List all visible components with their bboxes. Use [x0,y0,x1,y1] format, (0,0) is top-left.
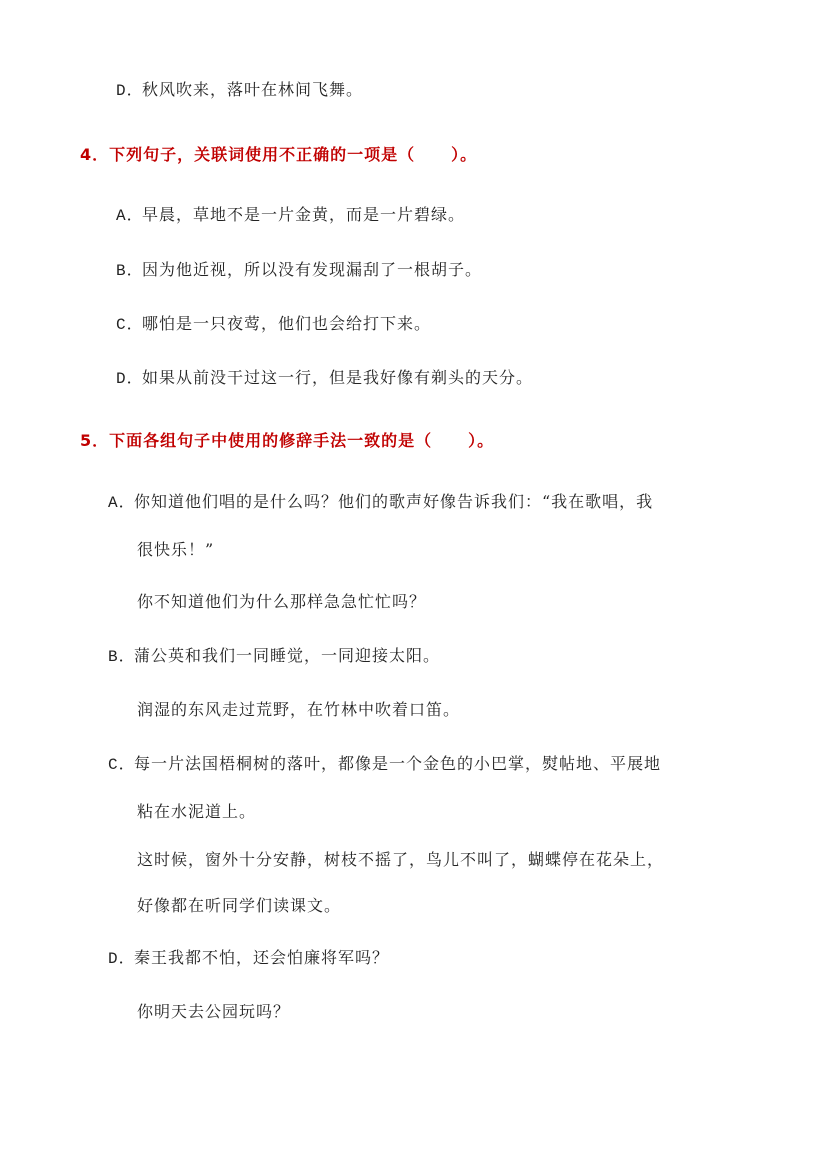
question-5-title: 5．下面各组句子中使用的修辞手法一致的是（）。 [80,431,494,451]
option-letter: A． [116,206,142,226]
question-stem: 下列句子，关联词使用不正确的一项是（ [109,145,415,164]
q5-option-d: D．秦王我都不怕，还会怕廉将军吗？ [108,948,389,969]
option-letter: A． [108,493,134,513]
option-text: 你知道他们唱的是什么吗？他们的歌声好像告诉我们：“我在歌唱，我 [134,492,653,511]
option-text: 每一片法国梧桐树的落叶，都像是一个金色的小巴掌，熨帖地、平展地 [134,754,661,773]
option-letter: D． [116,81,142,101]
option-letter: B． [108,647,134,667]
q5-option-c: C．每一片法国梧桐树的落叶，都像是一个金色的小巴掌，熨帖地、平展地 [108,754,661,775]
option-letter: B． [116,261,142,281]
question-number: 4． [80,145,109,164]
option-text: 哪怕是一只夜莺，他们也会给打下来。 [142,314,431,333]
option-text: 这时候，窗外十分安静，树枝不摇了，鸟儿不叫了，蝴蝶停在花朵上， [137,850,664,869]
option-text: 秋风吹来，落叶在林间飞舞。 [142,80,363,99]
option-letter: D． [116,369,142,389]
option-text: 如果从前没干过这一行，但是我好像有剃头的天分。 [142,368,533,387]
question-stem-end: ）。 [451,145,477,164]
q5-option-a-cont: 很快乐！” [137,540,214,560]
question-4-title: 4．下列句子，关联词使用不正确的一项是（）。 [80,145,477,165]
option-text: 很快乐！” [137,540,214,559]
q5-option-c-cont: 粘在水泥道上。 [137,802,256,822]
option-letter: D． [108,949,134,969]
question-number: 5． [80,431,109,450]
q5-option-a: A．你知道他们唱的是什么吗？他们的歌声好像告诉我们：“我在歌唱，我 [108,492,653,513]
prev-option-d: D．秋风吹来，落叶在林间飞舞。 [116,80,363,101]
q5-option-d-second: 你明天去公园玩吗？ [137,1002,290,1022]
option-text: 秦王我都不怕，还会怕廉将军吗？ [134,948,389,967]
option-text: 早晨，草地不是一片金黄，而是一片碧绿。 [142,205,465,224]
q5-option-b: B．蒲公英和我们一同睡觉，一同迎接太阳。 [108,646,440,667]
q4-option-b: B．因为他近视，所以没有发现漏刮了一根胡子。 [116,260,482,281]
q4-option-d: D．如果从前没干过这一行，但是我好像有剃头的天分。 [116,368,533,389]
question-stem-end: ）。 [468,431,494,450]
q4-option-c: C．哪怕是一只夜莺，他们也会给打下来。 [116,314,431,335]
option-text: 你明天去公园玩吗？ [137,1002,290,1021]
option-text: 因为他近视，所以没有发现漏刮了一根胡子。 [142,260,482,279]
option-letter: C． [108,755,134,775]
q5-option-c-second: 这时候，窗外十分安静，树枝不摇了，鸟儿不叫了，蝴蝶停在花朵上， [137,850,664,870]
q5-option-c-second-cont: 好像都在听同学们读课文。 [137,896,341,916]
q5-option-b-second: 润湿的东风走过荒野，在竹林中吹着口笛。 [137,700,460,720]
option-text: 蒲公英和我们一同睡觉，一同迎接太阳。 [134,646,440,665]
option-text: 好像都在听同学们读课文。 [137,896,341,915]
option-text: 你不知道他们为什么那样急急忙忙吗？ [137,592,426,611]
option-text: 润湿的东风走过荒野，在竹林中吹着口笛。 [137,700,460,719]
question-stem: 下面各组句子中使用的修辞手法一致的是（ [109,431,432,450]
option-text: 粘在水泥道上。 [137,802,256,821]
q5-option-a-second: 你不知道他们为什么那样急急忙忙吗？ [137,592,426,612]
q4-option-a: A．早晨，草地不是一片金黄，而是一片碧绿。 [116,205,465,226]
option-letter: C． [116,315,142,335]
